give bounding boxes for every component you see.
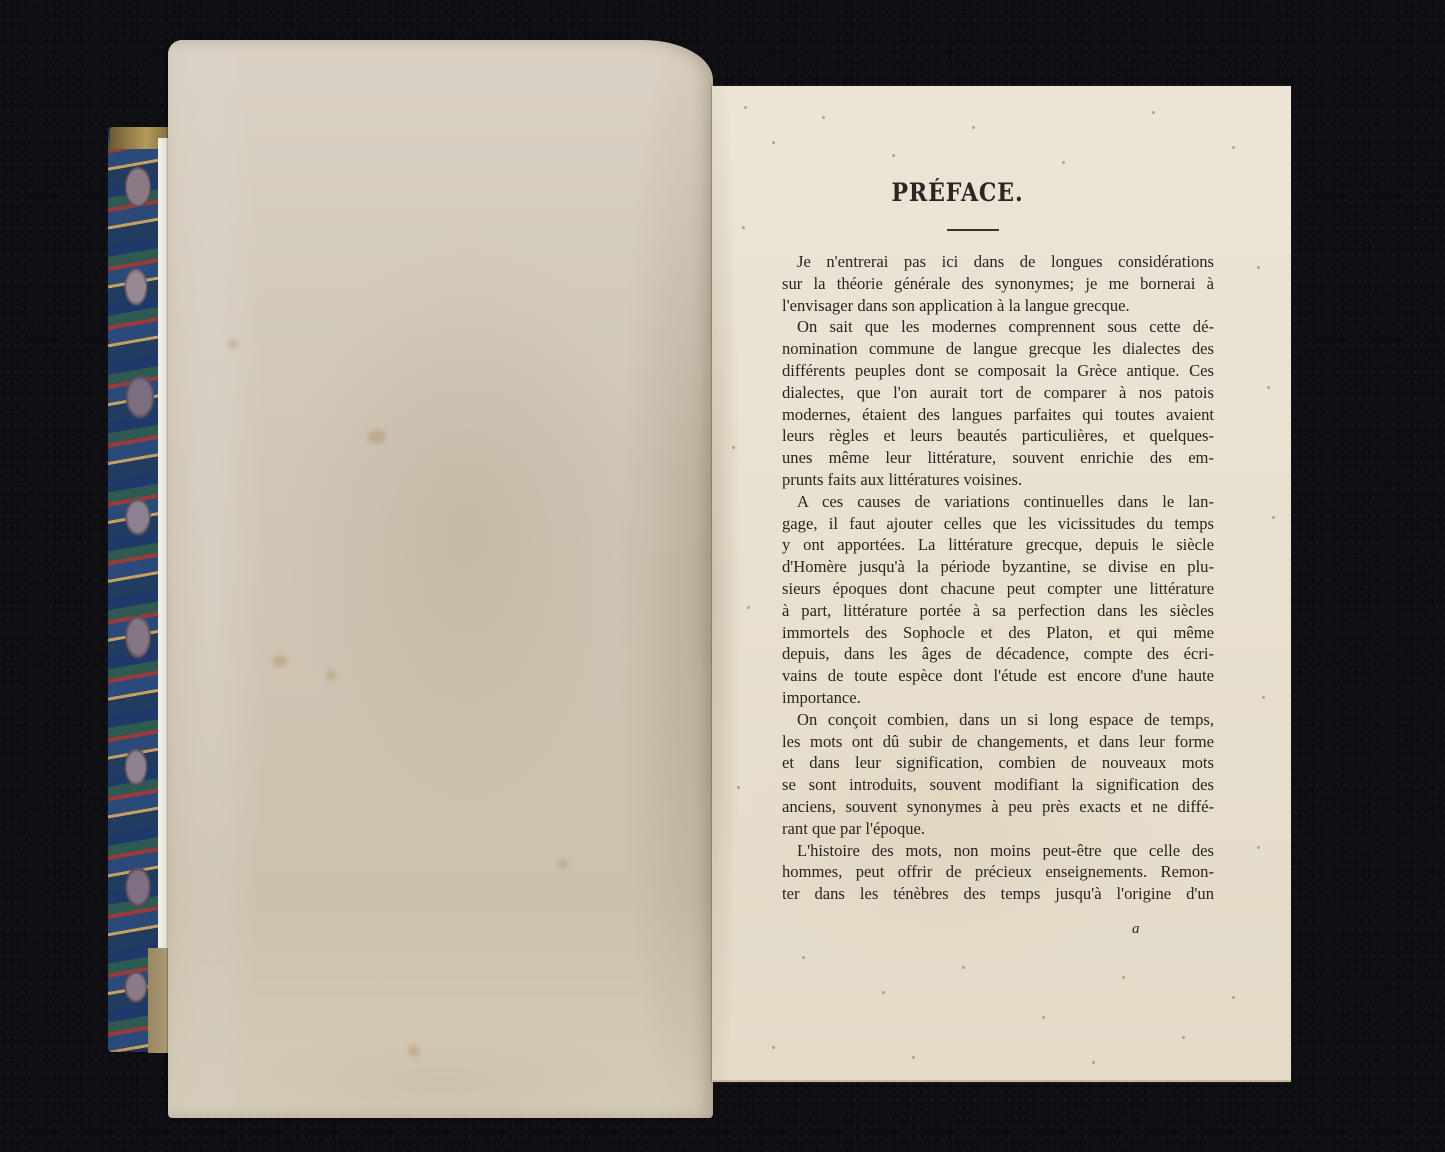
paragraph: L'histoire des mots, non moins peut-être… xyxy=(782,840,1214,905)
title-rule xyxy=(947,229,999,231)
text-line: gage, il faut ajouter celles que les vic… xyxy=(782,513,1214,535)
stain xyxy=(273,655,287,667)
text-line: à part, littérature portée à sa perfecti… xyxy=(782,600,1214,622)
text-line: Je n'entrerai pas ici dans de longues co… xyxy=(782,251,1214,273)
text-line: sur la théorie générale des synonymes; j… xyxy=(782,273,1214,295)
text-line: importance. xyxy=(782,687,1214,709)
stain xyxy=(228,340,238,348)
text-line: d'Homère jusqu'à la période byzantine, s… xyxy=(782,556,1214,578)
text-line: leurs règles et leurs beautés particuliè… xyxy=(782,425,1214,447)
text-line: nomination commune de langue grecque les… xyxy=(782,338,1214,360)
stain xyxy=(368,430,386,444)
paragraph: Je n'entrerai pas ici dans de longues co… xyxy=(782,251,1214,316)
paragraph: A ces causes de variations continuelles … xyxy=(782,491,1214,709)
text-line: anciens, souvent synonymes à peu près ex… xyxy=(782,796,1214,818)
stain xyxy=(326,670,336,680)
right-printed-page: PRÉFACE. Je n'entrerai pas ici dans de l… xyxy=(712,86,1291,1082)
text-line: unes même leur littérature, souvent enri… xyxy=(782,447,1214,469)
text-line: depuis, dans les âges de décadence, comp… xyxy=(782,643,1214,665)
left-blank-page xyxy=(168,40,713,1118)
text-line: l'envisager dans son application à la la… xyxy=(782,295,1214,317)
paragraph: On sait que les modernes comprennent sou… xyxy=(782,316,1214,490)
text-line: les mots ont dû subir de changements, et… xyxy=(782,731,1214,753)
body-text: Je n'entrerai pas ici dans de longues co… xyxy=(782,251,1214,905)
text-line: modernes, étaient des langues parfaites … xyxy=(782,404,1214,426)
text-line: L'histoire des mots, non moins peut-être… xyxy=(782,840,1214,862)
text-line: A ces causes de variations continuelles … xyxy=(782,491,1214,513)
signature-mark: a xyxy=(1132,921,1140,938)
photo-scene: PRÉFACE. Je n'entrerai pas ici dans de l… xyxy=(0,0,1445,1152)
text-line: On sait que les modernes comprennent sou… xyxy=(782,316,1214,338)
text-line: sieurs époques dont chacune peut compter… xyxy=(782,578,1214,600)
stain xyxy=(408,1046,420,1056)
text-line: et dans leur signification, combien de n… xyxy=(782,752,1214,774)
text-line: différents peuples dont se composait la … xyxy=(782,360,1214,382)
text-line: vains de toute espèce dont l'étude est e… xyxy=(782,665,1214,687)
text-line: se sont introduits, souvent modifiant la… xyxy=(782,774,1214,796)
stain xyxy=(558,860,568,868)
text-line: On conçoit combien, dans un si long espa… xyxy=(782,709,1214,731)
text-line: rant que par l'époque. xyxy=(782,818,1214,840)
text-line: dialectes, que l'on aurait tort de compa… xyxy=(782,382,1214,404)
paragraph: On conçoit combien, dans un si long espa… xyxy=(782,709,1214,840)
text-line: y ont apportées. La littérature grecque,… xyxy=(782,534,1214,556)
text-line: ter dans les ténèbres des temps jusqu'à … xyxy=(782,883,1214,905)
text-line: prunts faits aux littératures voisines. xyxy=(782,469,1214,491)
text-line: immortels des Sophocle et des Platon, et… xyxy=(782,622,1214,644)
page-title: PRÉFACE. xyxy=(703,178,1213,207)
text-line: hommes, peut offrir de précieux enseigne… xyxy=(782,861,1214,883)
